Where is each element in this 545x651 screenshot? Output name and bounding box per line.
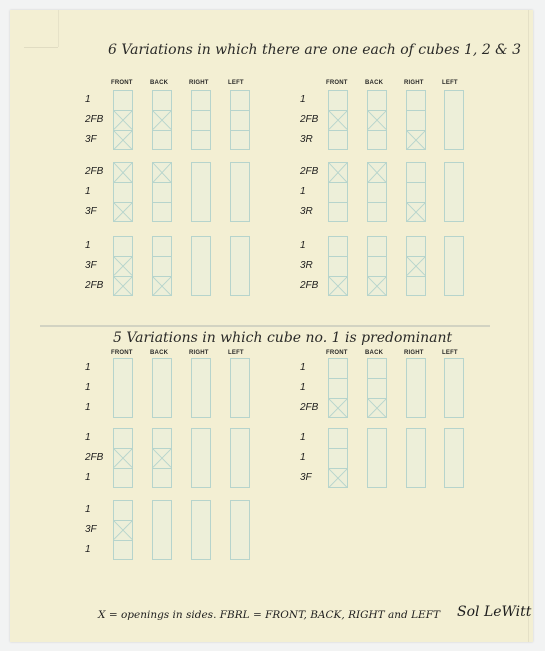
- cube-side-front: [113, 162, 133, 222]
- cube-cell: [231, 110, 249, 129]
- cube-side-left: [230, 90, 250, 150]
- opening-x-icon: [114, 276, 132, 295]
- cube-side-back: [367, 428, 387, 488]
- cube-cell: [153, 182, 171, 201]
- opening-x-icon: [368, 110, 386, 129]
- row-label: 3F: [85, 206, 97, 217]
- cube-side-right: [191, 358, 211, 418]
- cube-side-back: [152, 162, 172, 222]
- column-header-right: RIGHT: [404, 350, 424, 356]
- cube-cell: [368, 182, 386, 201]
- cube-side-left: [230, 428, 250, 488]
- cube-cell: [368, 378, 386, 397]
- cube-side-front: [113, 428, 133, 488]
- cube-cell: [114, 91, 132, 110]
- cube-side-front: [328, 358, 348, 418]
- cube-cell: [407, 91, 425, 110]
- cube-side-left: [444, 428, 464, 488]
- opening-x-icon: [329, 276, 347, 295]
- cube-cell: [407, 182, 425, 201]
- cube-side-back: [152, 358, 172, 418]
- cube-cell: [153, 237, 171, 256]
- row-label: 2FB: [300, 114, 318, 125]
- cube-cell: [368, 130, 386, 149]
- cube-cell: [329, 237, 347, 256]
- cube-cell: [368, 237, 386, 256]
- section1-title: 6 Variations in which there are one each…: [108, 42, 521, 58]
- section-divider: [40, 325, 490, 327]
- row-label: 1: [85, 240, 91, 251]
- cube-side-back: [152, 236, 172, 296]
- cube-cell: [329, 130, 347, 149]
- opening-x-icon: [407, 202, 425, 221]
- row-label: 1: [85, 186, 91, 197]
- opening-x-icon: [407, 130, 425, 149]
- cube-cell: [329, 378, 347, 397]
- cube-side-right: [191, 500, 211, 560]
- row-label: 1: [85, 544, 91, 555]
- row-label: 3F: [85, 524, 97, 535]
- artwork-paper: 6 Variations in which there are one each…: [10, 10, 533, 642]
- cube-cell: [114, 540, 132, 559]
- opening-x-icon: [153, 276, 171, 295]
- column-header-left: LEFT: [442, 350, 458, 356]
- cube-side-back: [367, 90, 387, 150]
- cube-side-back: [152, 90, 172, 150]
- opening-x-icon: [368, 398, 386, 417]
- row-label: 1: [300, 240, 306, 251]
- opening-x-icon: [329, 163, 347, 182]
- cube-side-front: [328, 90, 348, 150]
- cube-cell: [153, 429, 171, 448]
- row-label: 2FB: [85, 166, 103, 177]
- column-header-front: FRONT: [111, 350, 133, 356]
- opening-x-icon: [329, 468, 347, 487]
- cube-cell: [329, 448, 347, 467]
- cube-cell: [407, 237, 425, 256]
- row-label: 3F: [85, 260, 97, 271]
- cube-cell: [368, 91, 386, 110]
- cube-side-left: [230, 162, 250, 222]
- row-label: 1: [85, 382, 91, 393]
- column-header-front: FRONT: [326, 80, 348, 86]
- row-label: 1: [85, 504, 91, 515]
- column-header-front: FRONT: [326, 350, 348, 356]
- cube-side-right: [191, 162, 211, 222]
- column-header-right: RIGHT: [404, 80, 424, 86]
- opening-x-icon: [114, 110, 132, 129]
- opening-x-icon: [114, 163, 132, 182]
- cube-side-front: [113, 358, 133, 418]
- row-label: 2FB: [85, 280, 103, 291]
- cube-cell: [329, 182, 347, 201]
- paper-crease: [528, 10, 529, 642]
- cube-cell: [114, 237, 132, 256]
- column-header-back: BACK: [150, 80, 168, 86]
- cube-side-left: [444, 162, 464, 222]
- row-label: 1: [300, 452, 306, 463]
- cube-side-right: [406, 358, 426, 418]
- row-label: 1: [85, 472, 91, 483]
- cube-cell: [329, 256, 347, 275]
- row-label: 1: [85, 94, 91, 105]
- row-label: 2FB: [85, 114, 103, 125]
- cube-side-right: [406, 162, 426, 222]
- row-label: 2FB: [85, 452, 103, 463]
- row-label: 3F: [300, 472, 312, 483]
- cube-cell: [368, 202, 386, 221]
- column-header-left: LEFT: [442, 80, 458, 86]
- paper-crease: [24, 47, 58, 48]
- column-header-back: BACK: [150, 350, 168, 356]
- row-label: 2FB: [300, 166, 318, 177]
- column-header-back: BACK: [365, 350, 383, 356]
- opening-x-icon: [114, 520, 132, 539]
- cube-side-right: [191, 428, 211, 488]
- cube-cell: [192, 110, 210, 129]
- cube-side-left: [444, 90, 464, 150]
- opening-x-icon: [114, 130, 132, 149]
- opening-x-icon: [114, 448, 132, 467]
- cube-cell: [407, 110, 425, 129]
- cube-cell: [231, 91, 249, 110]
- cube-side-left: [230, 500, 250, 560]
- row-label: 1: [300, 362, 306, 373]
- cube-cell: [114, 501, 132, 520]
- cube-cell: [153, 468, 171, 487]
- opening-x-icon: [114, 256, 132, 275]
- cube-side-front: [328, 162, 348, 222]
- cube-side-left: [444, 236, 464, 296]
- cube-side-front: [113, 236, 133, 296]
- row-label: 3F: [85, 134, 97, 145]
- opening-x-icon: [368, 276, 386, 295]
- cube-side-back: [367, 236, 387, 296]
- opening-x-icon: [114, 202, 132, 221]
- cube-side-front: [328, 236, 348, 296]
- cube-cell: [114, 182, 132, 201]
- opening-x-icon: [407, 256, 425, 275]
- row-label: 1: [300, 432, 306, 443]
- cube-side-back: [152, 500, 172, 560]
- row-label: 3R: [300, 134, 313, 145]
- cube-cell: [153, 91, 171, 110]
- opening-x-icon: [153, 110, 171, 129]
- cube-side-left: [230, 236, 250, 296]
- cube-side-right: [406, 236, 426, 296]
- cube-side-right: [191, 90, 211, 150]
- opening-x-icon: [329, 110, 347, 129]
- opening-x-icon: [368, 163, 386, 182]
- opening-x-icon: [153, 448, 171, 467]
- column-header-left: LEFT: [228, 350, 244, 356]
- column-header-right: RIGHT: [189, 80, 209, 86]
- row-label: 1: [85, 362, 91, 373]
- cube-cell: [407, 276, 425, 295]
- cube-cell: [368, 256, 386, 275]
- cube-side-right: [406, 428, 426, 488]
- cube-side-front: [328, 428, 348, 488]
- opening-x-icon: [153, 163, 171, 182]
- cube-side-right: [191, 236, 211, 296]
- row-label: 1: [300, 94, 306, 105]
- row-label: 1: [85, 402, 91, 413]
- column-header-left: LEFT: [228, 80, 244, 86]
- row-label: 1: [300, 382, 306, 393]
- column-header-front: FRONT: [111, 80, 133, 86]
- cube-cell: [192, 91, 210, 110]
- row-label: 2FB: [300, 402, 318, 413]
- row-label: 3R: [300, 260, 313, 271]
- cube-side-back: [367, 162, 387, 222]
- cube-cell: [153, 130, 171, 149]
- row-label: 1: [300, 186, 306, 197]
- row-label: 1: [85, 432, 91, 443]
- opening-x-icon: [329, 398, 347, 417]
- cube-side-back: [152, 428, 172, 488]
- cube-cell: [114, 429, 132, 448]
- cube-cell: [329, 202, 347, 221]
- cube-cell: [192, 130, 210, 149]
- cube-side-front: [113, 90, 133, 150]
- cube-side-left: [230, 358, 250, 418]
- artist-signature: Sol LeWitt: [457, 604, 531, 620]
- row-label: 3R: [300, 206, 313, 217]
- cube-side-right: [406, 90, 426, 150]
- cube-cell: [407, 163, 425, 182]
- paper-crease: [58, 10, 59, 47]
- cube-cell: [114, 468, 132, 487]
- cube-cell: [329, 429, 347, 448]
- cube-cell: [329, 359, 347, 378]
- cube-cell: [153, 202, 171, 221]
- section2-title: 5 Variations in which cube no. 1 is pred…: [113, 330, 452, 346]
- cube-side-front: [113, 500, 133, 560]
- cube-side-left: [444, 358, 464, 418]
- column-header-back: BACK: [365, 80, 383, 86]
- legend-text: X = openings in sides. FBRL = FRONT, BAC…: [98, 609, 440, 621]
- cube-cell: [329, 91, 347, 110]
- cube-cell: [231, 130, 249, 149]
- row-label: 2FB: [300, 280, 318, 291]
- cube-cell: [153, 256, 171, 275]
- column-header-right: RIGHT: [189, 350, 209, 356]
- cube-side-back: [367, 358, 387, 418]
- cube-cell: [368, 359, 386, 378]
